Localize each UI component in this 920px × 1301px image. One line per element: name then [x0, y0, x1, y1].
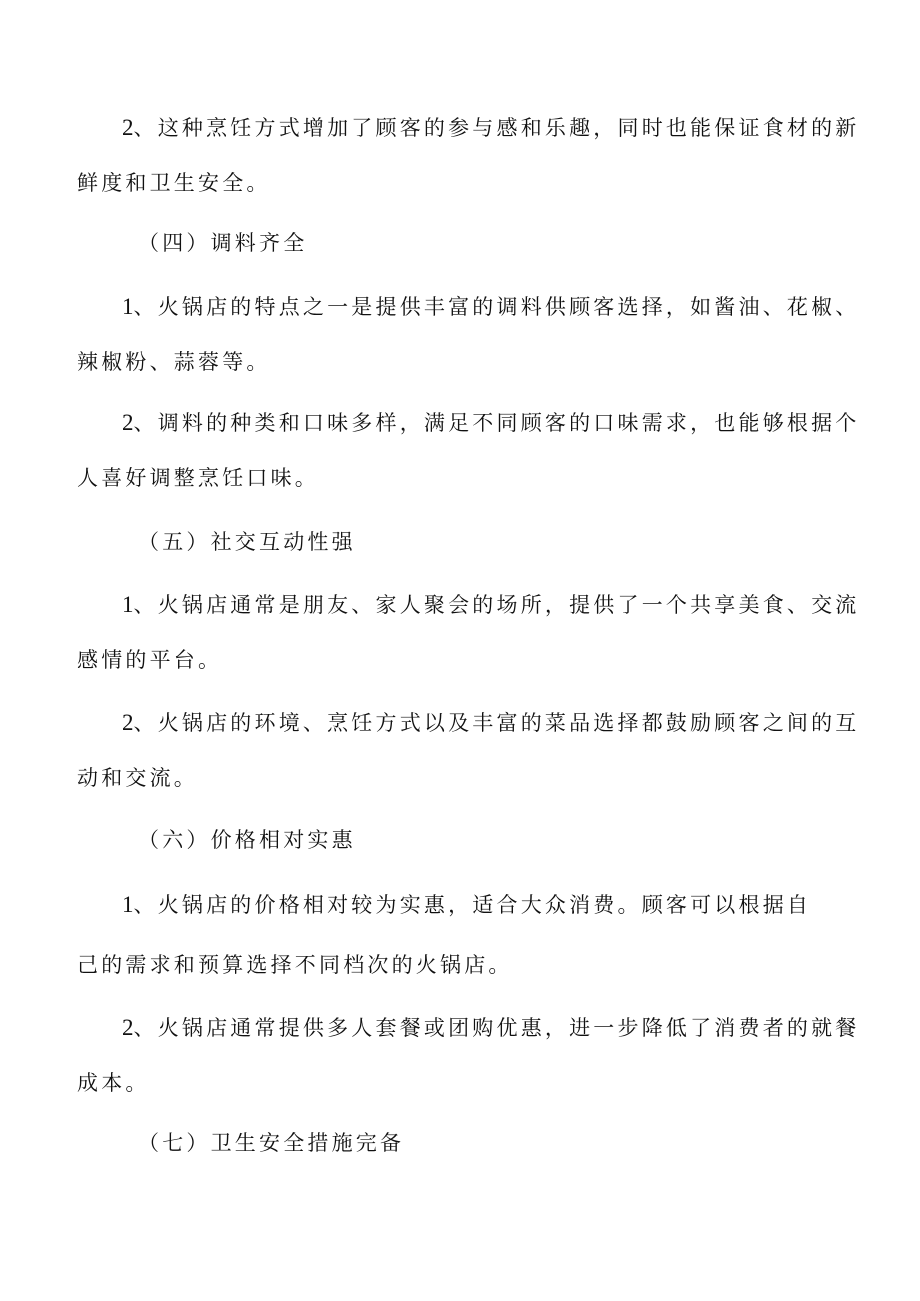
- section-heading: （四）调料齐全: [138, 228, 307, 258]
- paragraph-line: 感情的平台。: [77, 645, 222, 675]
- item-number: 2: [122, 410, 134, 435]
- paragraph-line: 1、火锅店的特点之一是提供丰富的调料供顾客选择，如酱油、花椒、: [122, 292, 860, 322]
- paragraph-line: 1、火锅店的价格相对较为实惠，适合大众消费。顾客可以根据自: [122, 890, 811, 920]
- paragraph-line: 2、火锅店的环境、烹饪方式以及丰富的菜品选择都鼓励顾客之间的互: [122, 708, 860, 738]
- section-heading: （六）价格相对实惠: [138, 825, 356, 855]
- item-number: 1: [122, 892, 134, 917]
- paragraph-line: 辣椒粉、蒜蓉等。: [77, 347, 271, 377]
- item-number: 1: [122, 294, 134, 319]
- item-number: 2: [122, 115, 134, 140]
- section-heading: （五）社交互动性强: [138, 527, 356, 557]
- paragraph-line: 2、调料的种类和口味多样，满足不同顾客的口味需求，也能够根据个: [122, 408, 860, 438]
- item-number: 1: [122, 592, 134, 617]
- paragraph-line: 己的需求和预算选择不同档次的火锅店。: [77, 950, 513, 980]
- document-page: 2、这种烹饪方式增加了顾客的参与感和乐趣，同时也能保证食材的新 鲜度和卫生安全。…: [0, 0, 920, 1301]
- paragraph-line: 鲜度和卫生安全。: [77, 168, 271, 198]
- paragraph-line: 2、火锅店通常提供多人套餐或团购优惠，进一步降低了消费者的就餐: [122, 1013, 860, 1043]
- paragraph-line: 动和交流。: [77, 763, 198, 793]
- section-heading: （七）卫生安全措施完备: [138, 1128, 404, 1158]
- paragraph-line: 1、火锅店通常是朋友、家人聚会的场所，提供了一个共享美食、交流: [122, 590, 860, 620]
- paragraph-line: 2、这种烹饪方式增加了顾客的参与感和乐趣，同时也能保证食材的新: [122, 113, 860, 143]
- item-number: 2: [122, 1015, 134, 1040]
- paragraph-line: 成本。: [77, 1068, 150, 1098]
- paragraph-line: 人喜好调整烹饪口味。: [77, 463, 319, 493]
- item-number: 2: [122, 710, 134, 735]
